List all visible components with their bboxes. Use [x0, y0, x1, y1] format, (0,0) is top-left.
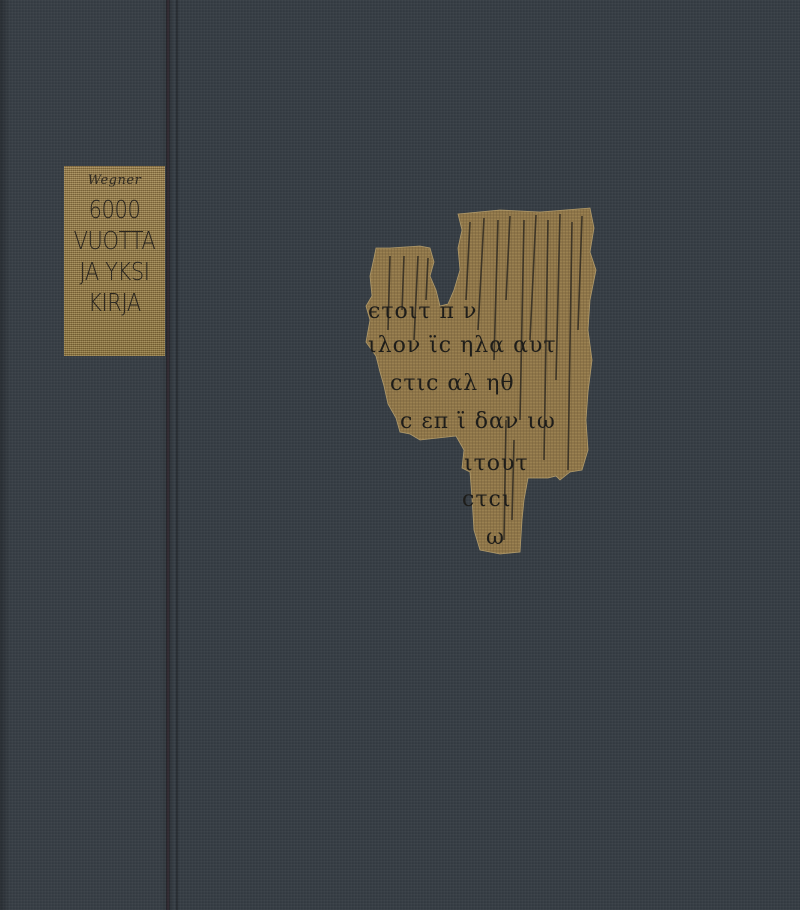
spine-title-label: Wegner 6000 VUOTTA JA YKSI KIRJA	[64, 166, 165, 356]
title-line-4: KIRJA	[72, 287, 157, 318]
spine-hinge	[166, 0, 170, 910]
book-spine: Wegner 6000 VUOTTA JA YKSI KIRJA	[0, 0, 172, 910]
title-line-1: 6000	[72, 194, 157, 225]
svg-text:ϵτοιτ π ν: ϵτοιτ π ν	[368, 299, 477, 324]
svg-text:ιλον ϊϲ ηλα αυτ: ιλον ϊϲ ηλα αυτ	[368, 333, 557, 358]
title-line-2: VUOTTA	[72, 225, 157, 256]
svg-text:ω: ω	[486, 525, 505, 550]
svg-text:ιτουτ: ιτουτ	[464, 451, 529, 476]
spine-hinge-shadow	[176, 0, 178, 910]
svg-text:ϲτιϲ αλ ηθ: ϲτιϲ αλ ηθ	[390, 371, 515, 396]
svg-text:ϲτϲι: ϲτϲι	[462, 487, 511, 512]
title-line-3: JA YKSI	[72, 256, 157, 287]
book-cover: Wegner 6000 VUOTTA JA YKSI KIRJA	[0, 0, 800, 910]
author-signature: Wegner	[64, 172, 165, 190]
svg-text:ϲ επ ϊ δαν ιω: ϲ επ ϊ δαν ιω	[400, 409, 556, 434]
